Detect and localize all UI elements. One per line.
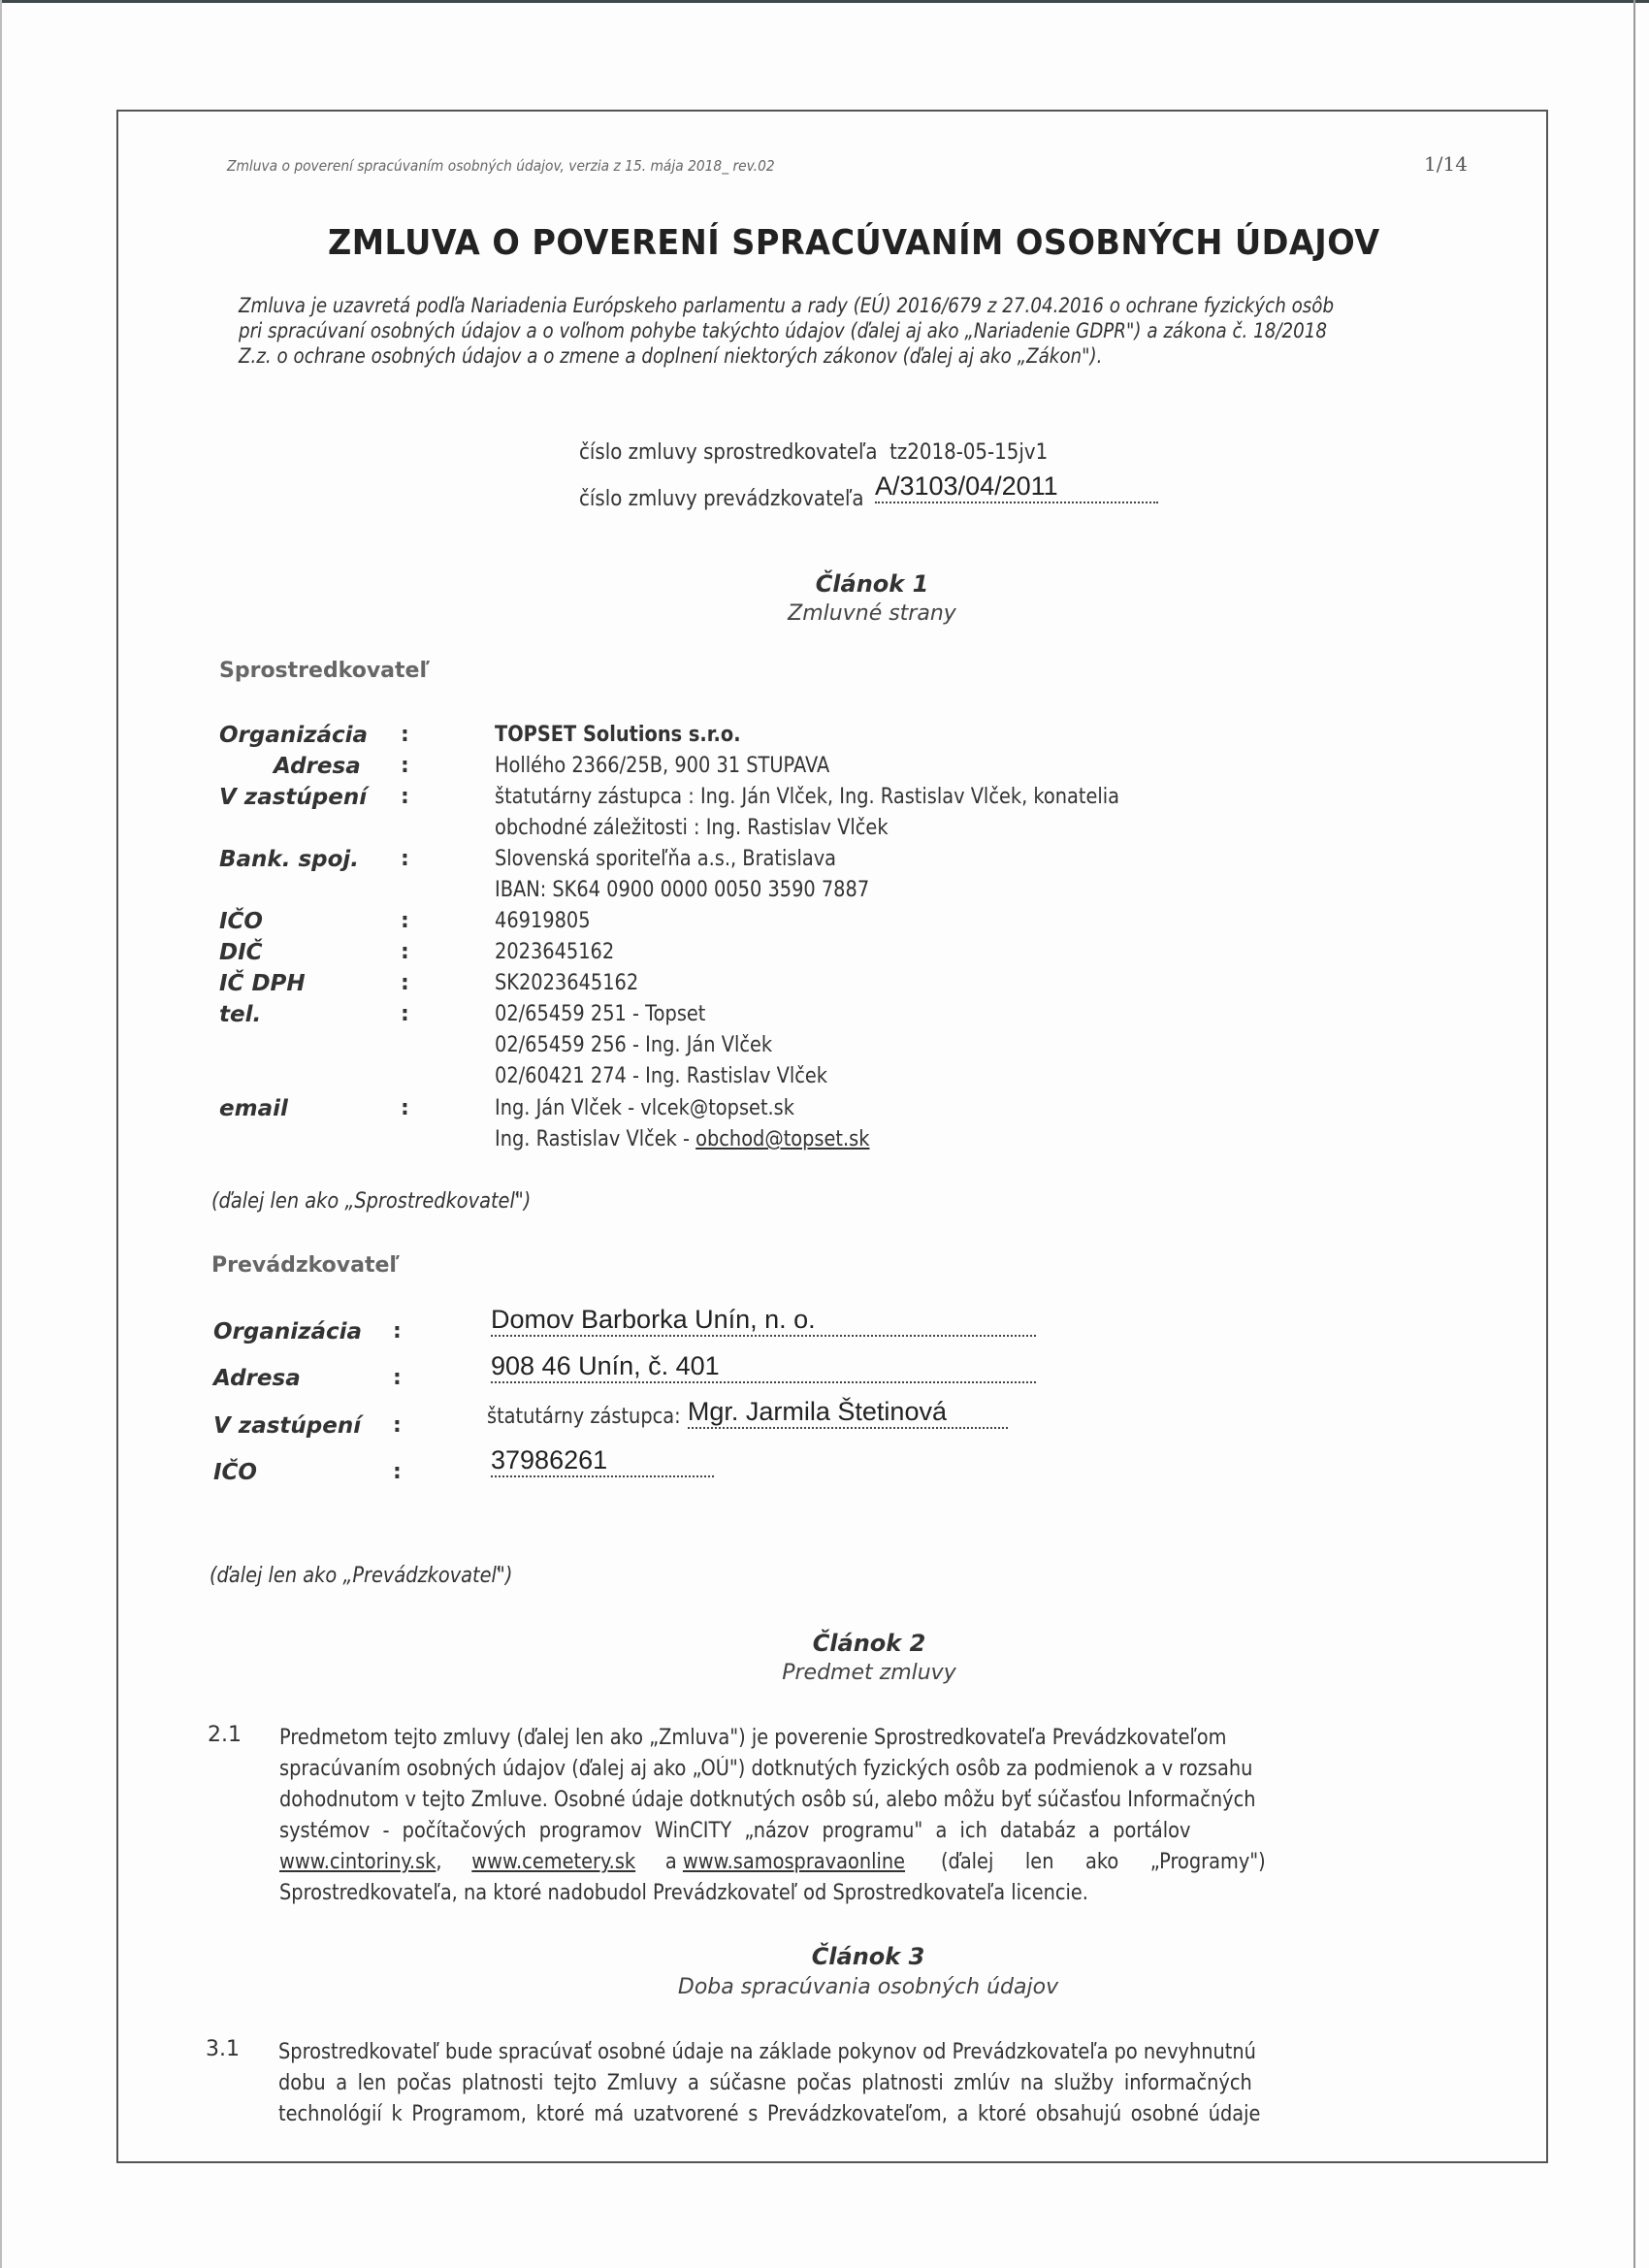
email-link[interactable]: obchod@topset.sk	[695, 1127, 869, 1151]
operator-organization: Domov Barborka Unín, n. o.	[491, 1305, 1036, 1337]
scan-edge-top	[0, 0, 1649, 3]
article-2-paragraph: Predmetom tejto zmluvy (ďalej len ako „Z…	[279, 1723, 1492, 1909]
para-line: systémov - počítačových programov WinCIT…	[279, 1816, 1346, 1847]
document-title: ZMLUVA O POVERENÍ SPRACÚVANÍM OSOBNÝCH Ú…	[328, 223, 1380, 263]
para-line: Sprostredkovateľ bude spracúvať osobné ú…	[278, 2037, 1345, 2068]
para-line-links: www.cintoriny.sk, www.cemetery.sk a www.…	[279, 1847, 1346, 1878]
article-1-subheading: Zmluvné strany	[630, 601, 1115, 626]
colon: :	[401, 723, 409, 747]
intermediary-bank: Slovenská sporiteľňa a.s., Bratislava	[495, 847, 836, 871]
running-header: Zmluva o poverení spracúvaním osobných ú…	[227, 157, 775, 175]
link-cemetery[interactable]: www.cemetery.sk	[471, 1850, 635, 1874]
colon: :	[401, 1096, 409, 1120]
label-address: Adresa	[213, 1366, 301, 1391]
intermediary-dic: 2023645162	[495, 940, 614, 964]
operator-organization-field: Domov Barborka Unín, n. o.	[491, 1305, 1036, 1337]
colon: :	[401, 847, 409, 871]
label-representation: V zastúpení	[219, 785, 367, 810]
operator-ico: 37986261	[491, 1445, 714, 1477]
label-phone: tel.	[219, 1002, 261, 1027]
intermediary-ic-dph: SK2023645162	[495, 971, 638, 995]
label-email: email	[219, 1096, 288, 1121]
intermediary-business-contact: obchodné záležitosti : Ing. Rastislav Vl…	[495, 816, 889, 840]
intermediary-ico: 46919805	[495, 909, 591, 933]
para-line: dobu a len počas platnosti tejto Zmluvy …	[278, 2068, 1345, 2099]
article-3-subheading: Doba spracúvania osobných údajov	[626, 1975, 1111, 1999]
page-number: 1/14	[1424, 152, 1468, 176]
intermediary-contract-value: tz2018-05-15jv1	[889, 440, 1048, 465]
representation-prefix: štatutárny zástupca:	[487, 1405, 681, 1429]
paragraph-number: 2.1	[208, 1723, 242, 1747]
operator-contract-value: A/3103/04/2011	[875, 471, 1158, 503]
label-bank: Bank. spoj.	[219, 847, 359, 872]
intermediary-contract-label: číslo zmluvy sprostredkovateľa	[579, 440, 878, 465]
colon: :	[401, 1002, 409, 1026]
intermediary-iban: IBAN: SK64 0900 0000 0050 3590 7887	[495, 878, 869, 902]
connector: a	[665, 1850, 677, 1874]
colon: :	[393, 1319, 402, 1344]
para-line: technológií k Programom, ktoré má uzatvo…	[278, 2099, 1345, 2130]
operator-ico-field: 37986261	[491, 1445, 714, 1477]
colon: :	[401, 940, 409, 964]
operator-address-field: 908 46 Unín, č. 401	[491, 1351, 1036, 1383]
email-owner: Ing. Rastislav Vlček -	[495, 1127, 695, 1151]
operator-representation-field: štatutárny zástupca:Mgr. Jarmila Štetino…	[487, 1397, 1008, 1429]
operator-representative: Mgr. Jarmila Štetinová	[688, 1397, 1008, 1429]
para-line: spracúvaním osobných údajov (ďalej aj ak…	[279, 1754, 1346, 1785]
operator-heading: Prevádzkovateľ	[211, 1253, 400, 1278]
article-2-heading: Článok 2	[675, 1630, 1063, 1657]
article-3-paragraph: Sprostredkovateľ bude spracúvať osobné ú…	[278, 2037, 1491, 2130]
intermediary-contract-number: číslo zmluvy sprostredkovateľa tz2018-05…	[579, 440, 1048, 465]
link-cintoriny[interactable]: www.cintoriny.sk	[279, 1850, 436, 1874]
label-ico: IČO	[213, 1460, 257, 1485]
colon: :	[401, 785, 409, 809]
link-samospravaonline[interactable]: www.samospravaonline	[683, 1850, 905, 1874]
label-ico: IČO	[219, 909, 263, 934]
intro-line: Z.z. o ochrane osobných údajov a o zmene…	[239, 343, 1334, 369]
intermediary-alias: (ďalej len ako „Sprostredkovateľ")	[211, 1189, 531, 1214]
colon: :	[393, 1460, 402, 1484]
scan-edge-left	[0, 0, 2, 2268]
article-1-heading: Článok 1	[678, 570, 1066, 598]
article-2-subheading: Predmet zmluvy	[627, 1661, 1112, 1685]
colon: :	[401, 971, 409, 995]
scan-edge-right	[1633, 0, 1635, 2268]
intermediary-email: Ing. Ján Vlček - vlcek@topset.sk	[495, 1096, 794, 1120]
label-organization: Organizácia	[219, 723, 368, 748]
para-line: dohodnutom v tejto Zmluve. Osobné údaje …	[279, 1785, 1346, 1816]
operator-alias: (ďalej len ako „Prevádzkovateľ")	[210, 1564, 512, 1588]
article-3-heading: Článok 3	[674, 1943, 1062, 1970]
label-dic: DIČ	[219, 940, 263, 965]
intermediary-representation: štatutárny zástupca : Ing. Ján Vlček, In…	[495, 785, 1119, 809]
intermediary-phone: 02/60421 274 - Ing. Rastislav Vlček	[495, 1064, 827, 1088]
intro-paragraph: Zmluva je uzavretá podľa Nariadenia Euró…	[239, 293, 1334, 369]
intro-line: pri spracúvaní osobných údajov a o voľno…	[239, 318, 1334, 343]
label-address: Adresa	[274, 754, 361, 779]
label-representation: V zastúpení	[213, 1413, 361, 1439]
colon: :	[393, 1413, 402, 1438]
label-ic-dph: IČ DPH	[219, 971, 306, 996]
operator-contract-label: číslo zmluvy prevádzkovateľa	[579, 487, 864, 511]
intermediary-heading: Sprostredkovateľ	[219, 659, 430, 683]
intermediary-email-line: Ing. Rastislav Vlček - obchod@topset.sk	[495, 1127, 869, 1151]
intro-line: Zmluva je uzavretá podľa Nariadenia Euró…	[239, 293, 1334, 318]
colon: :	[393, 1366, 402, 1390]
operator-address: 908 46 Unín, č. 401	[491, 1351, 1036, 1383]
colon: :	[401, 754, 409, 778]
intermediary-phone: 02/65459 256 - Ing. Ján Vlček	[495, 1033, 772, 1057]
operator-contract-field: A/3103/04/2011	[875, 471, 1158, 503]
intermediary-organization: TOPSET Solutions s.r.o.	[495, 723, 741, 747]
intermediary-address: Hollého 2366/25B, 900 31 STUPAVA	[495, 754, 829, 778]
para-line: Predmetom tejto zmluvy (ďalej len ako „Z…	[279, 1723, 1492, 1754]
intermediary-phone: 02/65459 251 - Topset	[495, 1002, 705, 1026]
paragraph-number: 3.1	[206, 2037, 240, 2061]
programs-alias: (ďalej len ako „Programy")	[941, 1850, 1266, 1874]
label-organization: Organizácia	[213, 1319, 362, 1345]
colon: :	[401, 909, 409, 933]
para-line: Sprostredkovateľa, na ktoré nadobudol Pr…	[279, 1878, 1346, 1909]
